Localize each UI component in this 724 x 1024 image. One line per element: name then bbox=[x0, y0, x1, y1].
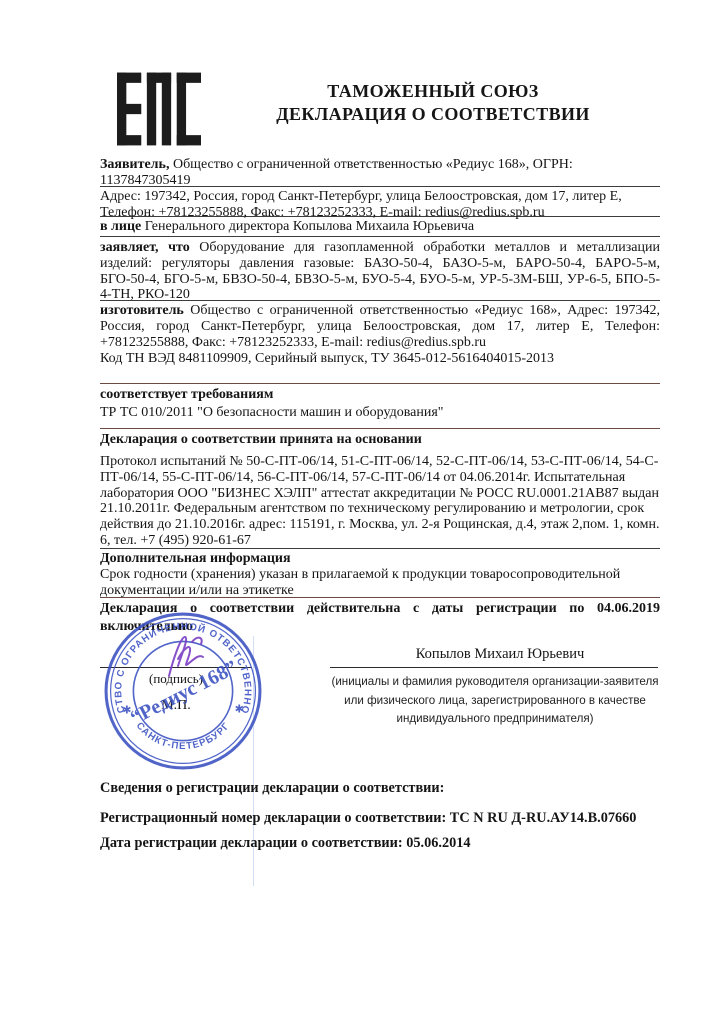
separator bbox=[100, 236, 660, 237]
document-title: ТАМОЖЕННЫЙ СОЮЗ ДЕКЛАРАЦИЯ О СООТВЕТСТВИ… bbox=[228, 80, 638, 126]
eac-conformity-mark-icon bbox=[117, 72, 201, 146]
stamp-bottom-text: САНКТ-ПЕТЕРБУРГ bbox=[134, 720, 233, 752]
basis-text: Протокол испытаний № 50-С-ПТ-06/14, 51-С… bbox=[100, 454, 660, 549]
manufacturer-label: изготовитель bbox=[100, 303, 184, 318]
handwritten-signature bbox=[158, 628, 220, 680]
manufacturer-text: Общество с ограниченной ответственностью… bbox=[100, 303, 660, 350]
tn-ved-code-text: Код ТН ВЭД 8481109909, Серийный выпуск, … bbox=[100, 351, 554, 366]
declares-label: заявляет, что bbox=[100, 240, 190, 255]
complies-text: ТР ТС 010/2011 "О безопасности машин и о… bbox=[100, 405, 660, 421]
title-line-declaration: ДЕКЛАРАЦИЯ О СООТВЕТСТВИИ bbox=[228, 103, 638, 126]
declaration-document: ТАМОЖЕННЫЙ СОЮЗ ДЕКЛАРАЦИЯ О СООТВЕТСТВИ… bbox=[0, 0, 724, 1024]
additional-info-text: Срок годности (хранения) указан в прилаг… bbox=[100, 567, 660, 599]
head-name: Копылов Михаил Юрьевич bbox=[340, 646, 660, 663]
address-text: Адрес: 197342, Россия, город Санкт-Петер… bbox=[100, 189, 622, 220]
complies-heading: соответствует требованиям bbox=[100, 387, 660, 403]
registration-date-label: Дата регистрации декларации о соответств… bbox=[100, 835, 403, 851]
represented-by-section: в лице Генерального директора Копылова М… bbox=[100, 219, 660, 235]
manufacturer-section: изготовитель Общество с ограниченной отв… bbox=[100, 303, 660, 350]
registration-heading: Сведения о регистрации декларации о соот… bbox=[100, 780, 660, 797]
applicant-label: Заявитель, bbox=[100, 157, 169, 172]
basis-heading: Декларация о соответствии принята на осн… bbox=[100, 432, 660, 448]
applicant-text: Общество с ограниченной ответственностью… bbox=[100, 157, 573, 188]
represented-by-label: в лице bbox=[100, 219, 141, 234]
registration-number-label: Регистрационный номер декларации о соотв… bbox=[100, 810, 446, 826]
separator bbox=[100, 383, 660, 384]
represented-by-text: Генерального директора Копылова Михаила … bbox=[141, 219, 474, 234]
registration-date-line: Дата регистрации декларации о соответств… bbox=[100, 835, 660, 852]
registration-date-value: 05.06.2014 bbox=[403, 835, 471, 851]
separator bbox=[100, 428, 660, 429]
title-line-customs-union: ТАМОЖЕННЫЙ СОЮЗ bbox=[228, 80, 638, 103]
registration-number-line: Регистрационный номер декларации о соотв… bbox=[100, 810, 660, 827]
additional-info-heading: Дополнительная информация bbox=[100, 551, 660, 567]
head-name-caption: (инициалы и фамилия руководителя организ… bbox=[330, 673, 660, 729]
registration-number-value: ТС N RU Д-RU.АУ14.В.07660 bbox=[446, 810, 636, 826]
declares-section: заявляет, что Оборудование для газопламе… bbox=[100, 240, 660, 303]
signature-line-right bbox=[330, 667, 658, 668]
svg-text:САНКТ-ПЕТЕРБУРГ: САНКТ-ПЕТЕРБУРГ bbox=[134, 720, 233, 752]
applicant-section: Заявитель, Общество с ограниченной ответ… bbox=[100, 157, 660, 189]
tn-ved-code-line: Код ТН ВЭД 8481109909, Серийный выпуск, … bbox=[100, 351, 660, 367]
stamp-star-right: ✱ bbox=[235, 703, 244, 715]
address-section: Адрес: 197342, Россия, город Санкт-Петер… bbox=[100, 189, 660, 221]
